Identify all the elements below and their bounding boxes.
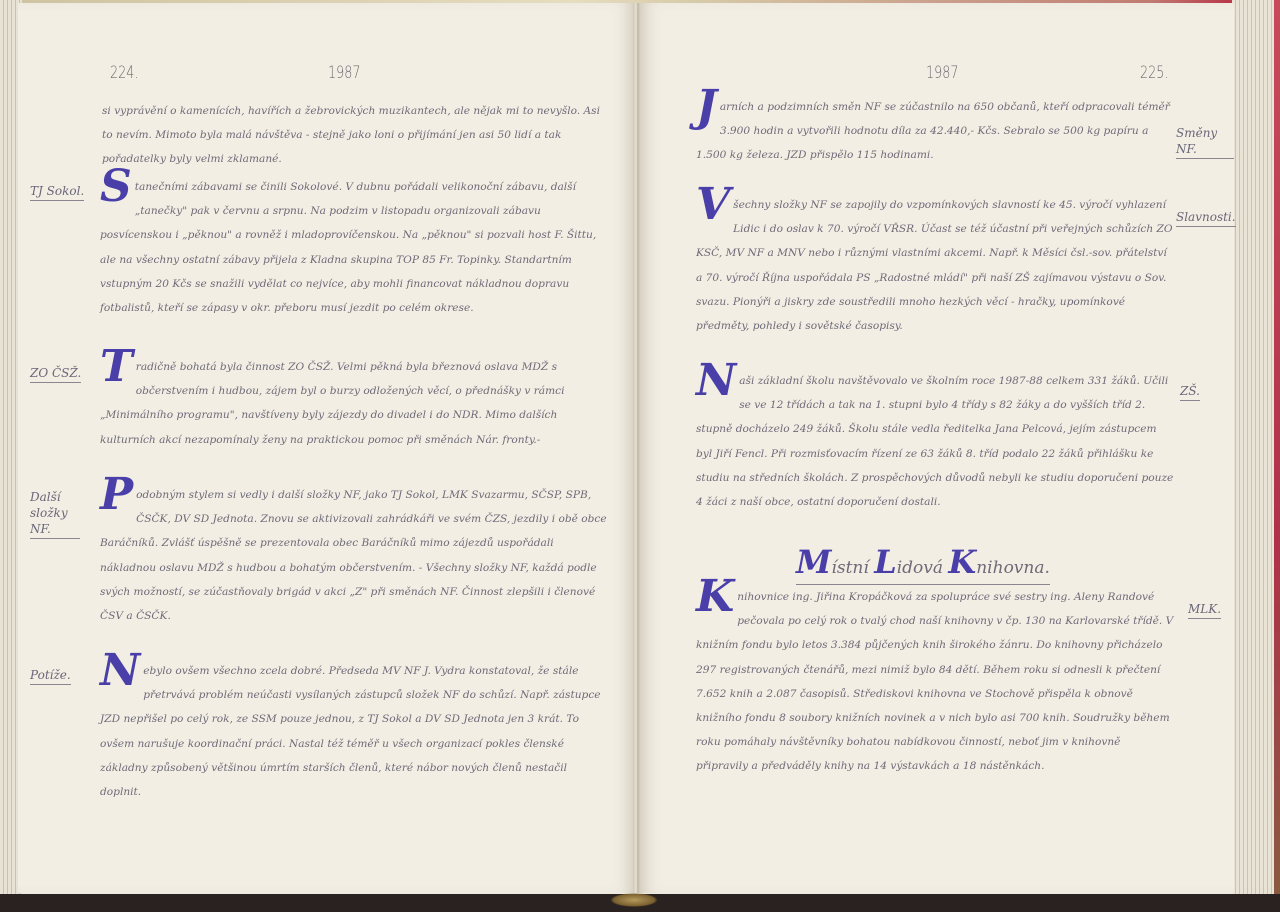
heading-cap: K (948, 543, 976, 581)
margin-label-mlk: MLK. (1188, 601, 1221, 619)
paragraph-text: tanečními zábavami se činili Sokolové. V… (100, 181, 596, 314)
paragraph-tj-sokol: S tanečními zábavami se činili Sokolové.… (100, 175, 610, 320)
left-page: 224. 1987 si vyprávění o kamenících, hav… (18, 3, 634, 893)
heading-text: nihovna. (976, 558, 1050, 578)
drop-cap: K (696, 579, 734, 615)
heading-text: ístní (831, 558, 874, 578)
paragraph-text: radičně bohatá byla činnost ZO ČSŽ. Velm… (100, 361, 565, 446)
drop-cap: S (100, 169, 132, 205)
paragraph-mlk: K nihovnice ing. Jiřina Kropáčková za sp… (696, 585, 1174, 779)
paragraph-dalsi-slozky: P odobným stylem si vedly i další složky… (100, 483, 610, 628)
margin-label-dalsi-slozky: Další složky NF. (30, 489, 80, 539)
margin-label-tj-sokol: TJ Sokol. (30, 183, 84, 201)
margin-label-zo-csz: ZO ČSŽ. (30, 365, 81, 383)
page-year: 1987 (328, 63, 360, 83)
margin-label-slavnosti: Slavnosti. (1176, 209, 1236, 227)
page-number: 225. (1140, 63, 1168, 83)
spine-headband (610, 893, 658, 907)
paragraph-text: aši základní školu navštěvovalo ve školn… (696, 375, 1173, 508)
paragraph-text: nihovnice ing. Jiřina Kropáčková za spol… (696, 591, 1173, 772)
margin-label-potize: Potíže. (30, 667, 71, 685)
drop-cap: P (100, 477, 133, 513)
paragraph-zo-csz: T radičně bohatá byla činnost ZO ČSŽ. Ve… (100, 355, 610, 452)
section-heading-mistni-lidova-knihovna: Místní Lidová Knihovna. (796, 543, 1050, 585)
heading-text: idová (897, 558, 949, 578)
margin-label-smeny-nf: Směny NF. (1176, 125, 1234, 159)
drop-cap: J (696, 89, 717, 125)
paragraph-smeny-nf: J arních a podzimních směn NF se zúčastn… (696, 95, 1174, 168)
drop-cap: T (100, 349, 133, 385)
margin-label-zs: ZŠ. (1180, 383, 1200, 401)
paragraph-potize: N ebylo ovšem všechno zcela dobré. Předs… (100, 659, 610, 804)
paragraph-slavnosti: V šechny složky NF se zapojily do vzpomí… (696, 193, 1174, 338)
paragraph-text: arních a podzimních směn NF se zúčastnil… (696, 101, 1170, 161)
paragraph-text: ebylo ovšem všechno zcela dobré. Předsed… (100, 665, 601, 798)
paragraph-text: si vyprávění o kamenících, havířích a že… (102, 99, 610, 172)
paragraph-zs: N aši základní školu navštěvovalo ve ško… (696, 369, 1174, 514)
drop-cap: V (696, 187, 730, 223)
page-year: 1987 (926, 63, 958, 83)
drop-cap: N (696, 363, 736, 399)
page-number: 224. (110, 63, 138, 83)
open-book: 224. 1987 si vyprávění o kamenících, hav… (0, 0, 1280, 894)
continuation-paragraph: si vyprávění o kamenících, havířích a že… (102, 99, 610, 172)
right-page-stack (1232, 0, 1280, 894)
right-page: 1987 225. J arních a podzimních směn NF … (640, 3, 1234, 893)
heading-cap: L (874, 543, 897, 581)
paragraph-text: odobným stylem si vedly i další složky N… (100, 489, 607, 622)
heading-cap: M (796, 543, 831, 581)
paragraph-text: šechny složky NF se zapojily do vzpomínk… (696, 199, 1173, 332)
drop-cap: N (100, 653, 140, 689)
